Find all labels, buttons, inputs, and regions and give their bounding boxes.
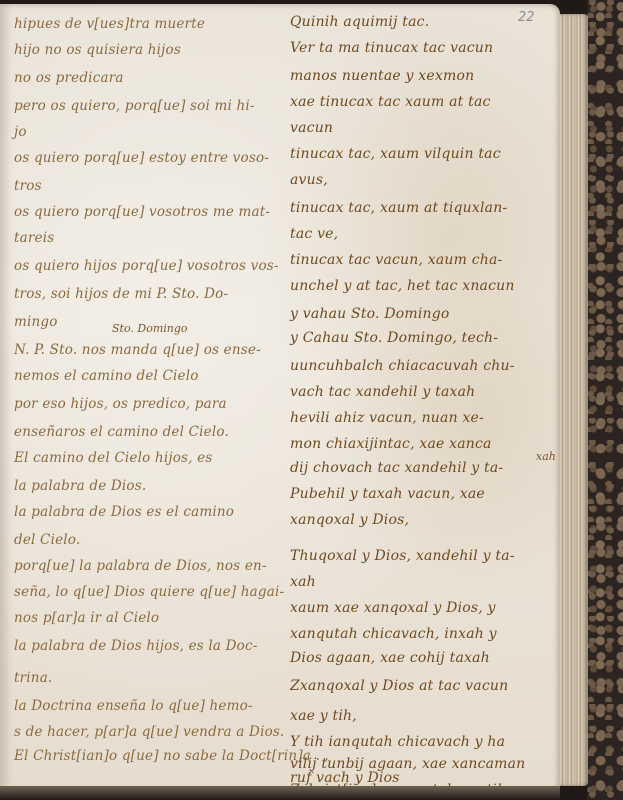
manuscript-line: Ver ta ma tinucax tac vacun [290,40,493,56]
book-cover-board [587,0,623,800]
manuscript-line: la palabra de Dios hijos, es la Doc- [14,638,258,654]
manuscript-line: nemos el camino del Cielo [14,368,199,384]
page-number: 22 [518,10,535,25]
manuscript-line: porq[ue] la palabra de Dios, nos en- [14,558,267,574]
manuscript-line: os quiero porq[ue] estoy entre voso- [14,150,269,166]
manuscript-line: enseñaros el camino del Cielo. [14,424,229,440]
manuscript-line: hijo no os quisiera hijos [14,42,181,58]
manuscript-line: manos nuentae y xexmon [290,68,474,84]
manuscript-line: tinucax tac vacun, xaum cha- [290,252,502,268]
manuscript-line: tinucax tac, xaum at tiquxlan- [290,200,507,216]
manuscript-line: s de hacer, p[ar]a q[ue] vendra a Dios. [14,724,285,740]
manuscript-line: tinucax tac, xaum vilquin tac [290,146,501,162]
manuscript-line: tac ve, [290,226,338,242]
manuscript-line: avus, [290,172,328,188]
manuscript-line: vacun [290,120,333,136]
manuscript-line: os quiero porq[ue] vosotros me mat- [14,204,270,220]
manuscript-scan: 22 hipues de v[ues]tra muertehijo no os … [0,0,623,800]
manuscript-line: xae tinucax tac xaum at tac [290,94,491,110]
manuscript-line: mon chiaxijintac, xae xanca [290,436,492,452]
manuscript-line: tareis [14,230,54,246]
manuscript-line: pero os quiero, porq[ue] soi mi hi- [14,98,255,114]
manuscript-line: nos p[ar]a ir al Cielo [14,610,159,626]
manuscript-line: Thuqoxal y Dios, xandehil y ta- [290,548,515,564]
manuscript-line: El Christ[ian]o q[ue] no sabe la Doct[ri… [14,748,329,764]
manuscript-line: jo [14,124,27,140]
manuscript-line: hipues de v[ues]tra muerte [14,16,205,32]
manuscript-line: la palabra de Dios. [14,478,146,494]
manuscript-line: del Cielo. [14,532,80,548]
manuscript-line: Quinih aquimij tac. [290,14,429,30]
manuscript-line: uuncuhbalch chiacacuvah chu- [290,358,515,374]
manuscript-line: Y tih ianqutah chicavach y ha [290,734,505,750]
manuscript-line: vach tac xandehil y taxah [290,384,475,400]
manuscript-line: la Doctrina enseña lo q[ue] hemo- [14,698,253,714]
manuscript-line: xah [290,574,316,590]
manuscript-line: la palabra de Dios es el camino [14,504,234,520]
manuscript-line: y vahau Sto. Domingo [290,306,450,322]
manuscript-line: no os predicara [14,70,124,86]
manuscript-line: tros [14,178,42,194]
manuscript-line: os quiero hijos porq[ue] vosotros vos- [14,258,279,274]
manuscript-line: Dios agaan, xae cohij taxah [290,650,490,666]
manuscript-line: N. P. Sto. nos manda q[ue] os ense- [14,342,261,358]
manuscript-line: xae y tih, [290,708,357,724]
manuscript-line: dij chovach tac xandehil y ta- [290,460,503,476]
manuscript-line: tros, soi hijos de mi P. Sto. Do- [14,286,228,302]
manuscript-line: Zxanqoxal y Dios at tac vacun [290,678,508,694]
manuscript-line: por eso hijos, os predico, para [14,396,227,412]
manuscript-line: El camino del Cielo hijos, es [14,450,212,466]
manuscript-line: Pubehil y taxah vacun, xae [290,486,485,502]
manuscript-line: unchel y at tac, het tac xnacun [290,278,515,294]
page-bottom-edge [0,786,560,800]
manuscript-line: xanqoxal y Dios, [290,512,409,528]
manuscript-line: y Cahau Sto. Domingo, tech- [290,330,498,346]
manuscript-line: xanqutah chicavach, inxah y [290,626,497,642]
manuscript-page: 22 hipues de v[ues]tra muertehijo no os … [0,4,560,790]
manuscript-line: seña, lo q[ue] Dios quiere q[ue] hagai- [14,584,284,600]
interlinear-note: xah [536,450,556,463]
manuscript-line: hevili ahiz vacun, nuan xe- [290,410,484,426]
manuscript-line: xaum xae xanqoxal y Dios, y [290,600,496,616]
manuscript-line: mingo [14,314,58,330]
manuscript-line: trina. [14,670,52,686]
interlinear-note: Sto. Domingo [112,322,188,335]
